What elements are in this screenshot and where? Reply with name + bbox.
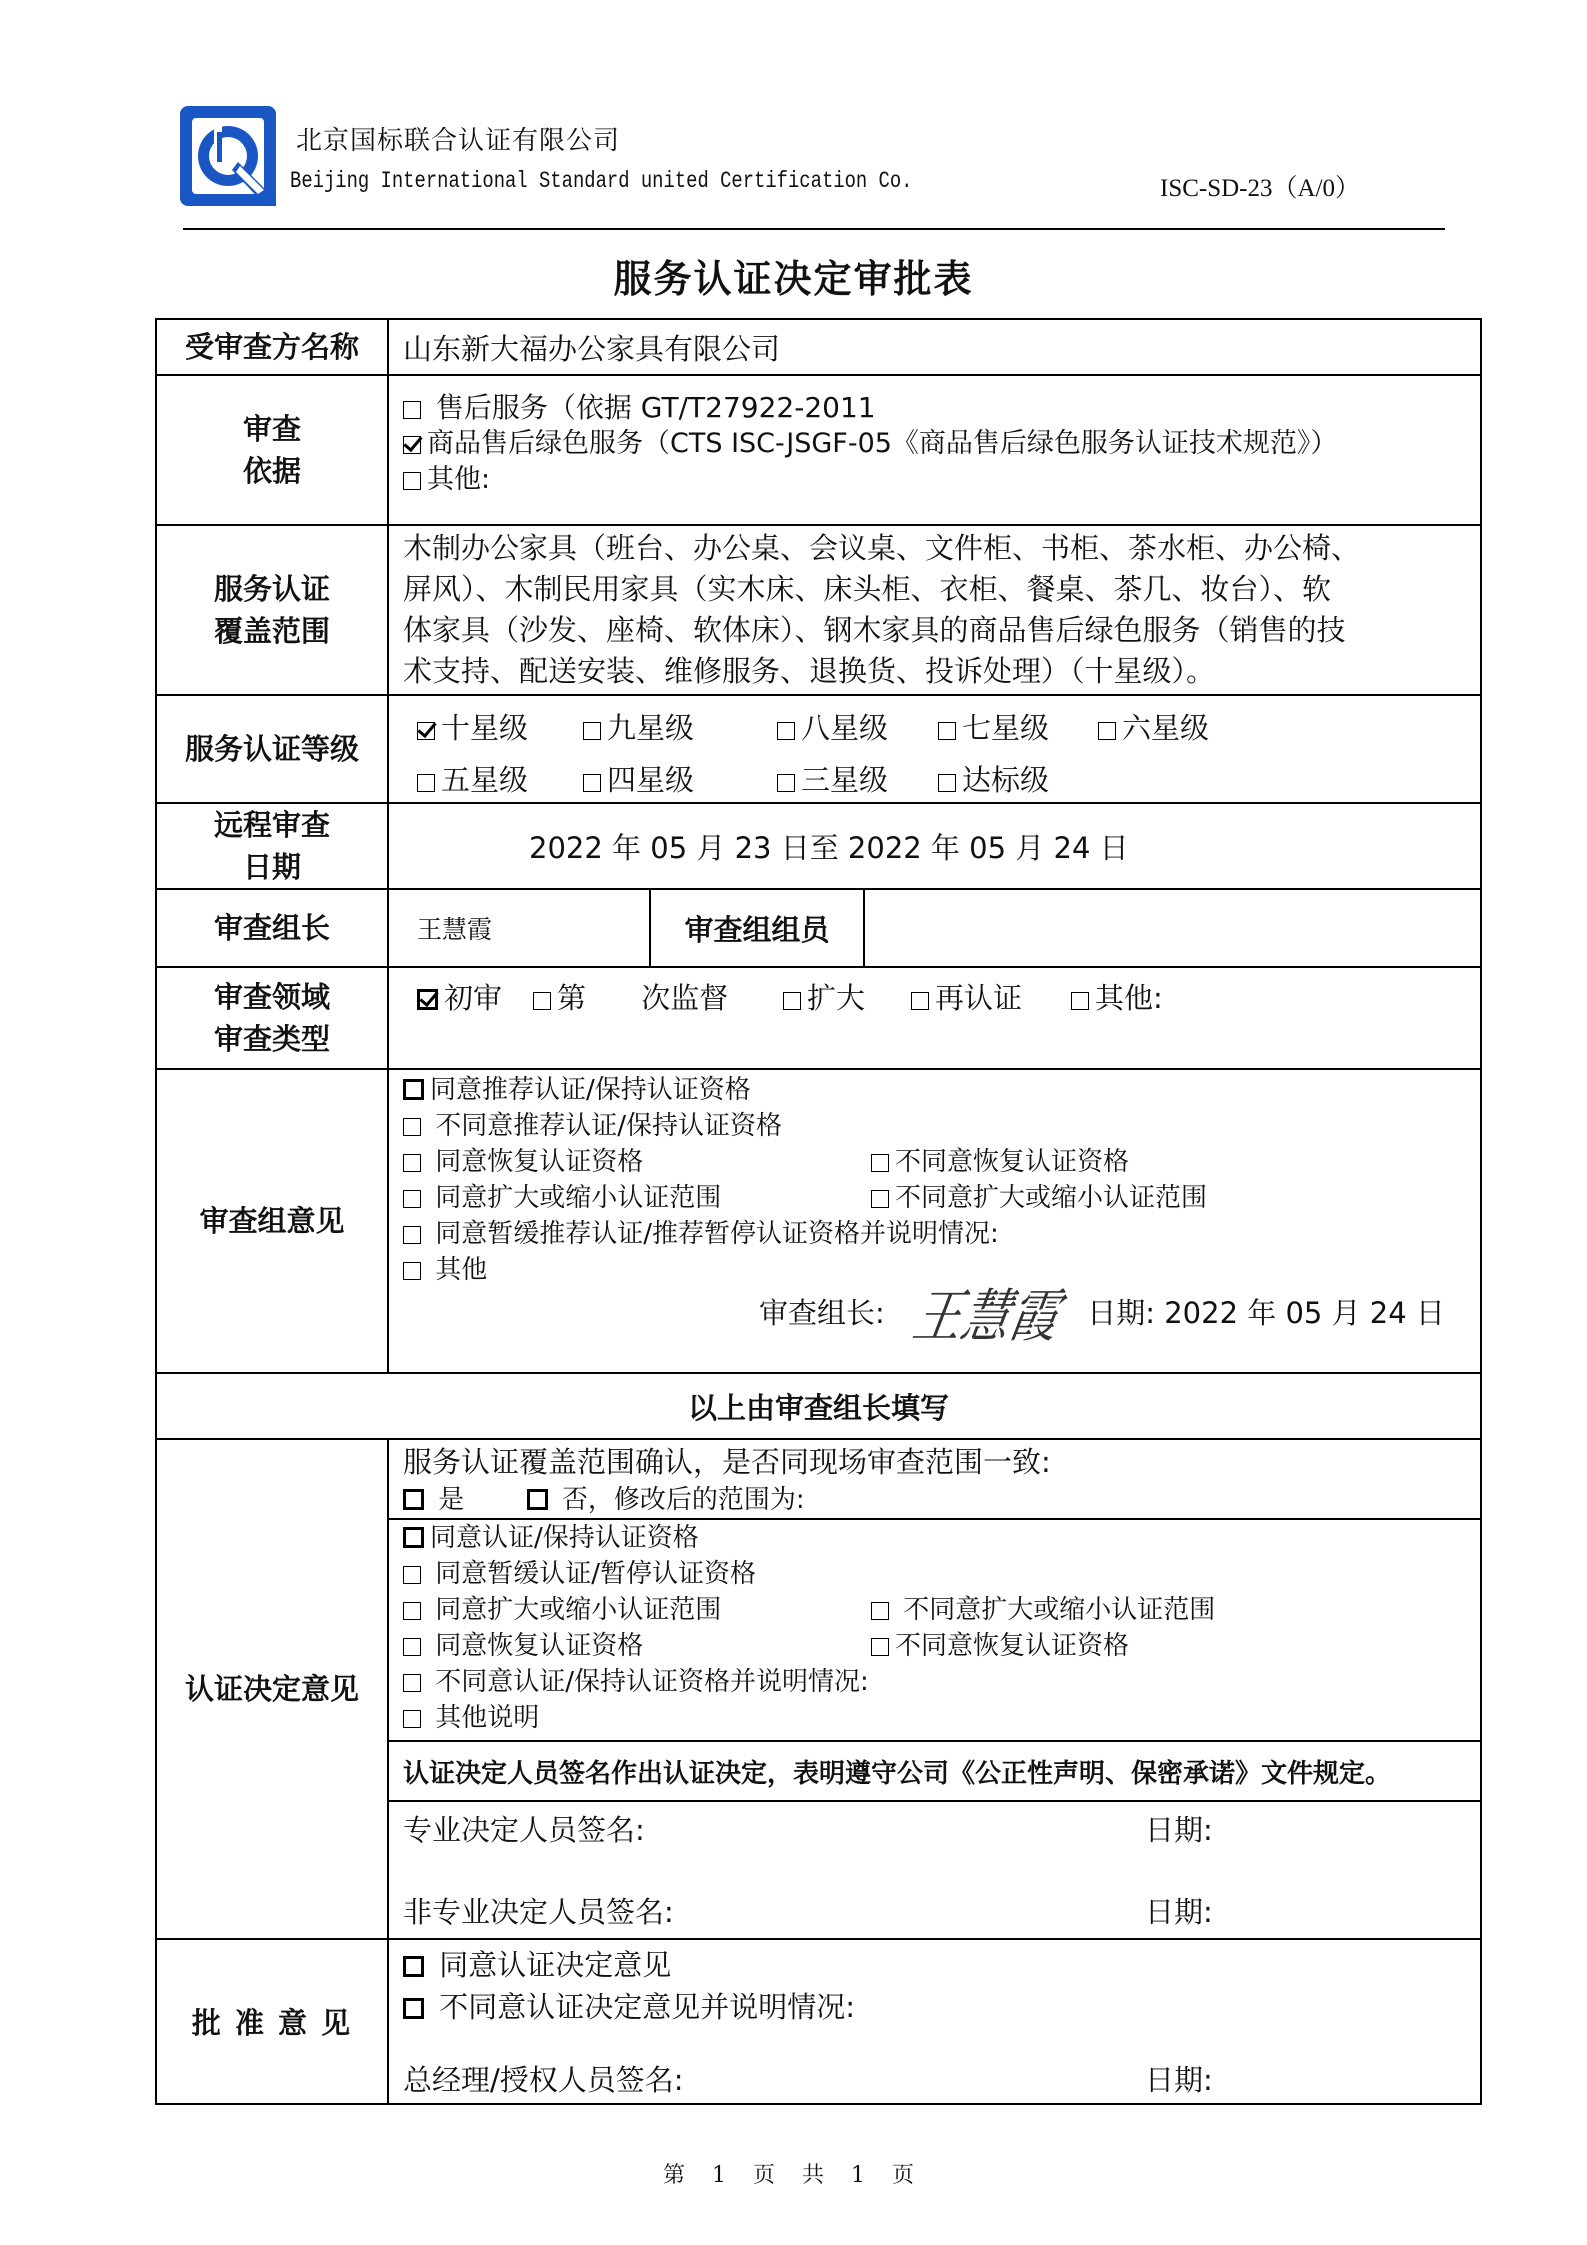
team-opinion-option[interactable]: 不同意恢复认证资格 (871, 1144, 1129, 1180)
level-option[interactable]: 六星级 (1098, 702, 1209, 754)
checkbox-icon[interactable] (938, 722, 956, 740)
gm-sign-date-label[interactable]: 日期: (1145, 2058, 1213, 2099)
team-leader-value-cell[interactable]: 王慧霞 (389, 890, 651, 966)
page-number: 第 1 页 共 1 页 (0, 2158, 1587, 2189)
decision-label: 认证决定意见 (157, 1440, 389, 1938)
checkbox-icon[interactable] (403, 1956, 424, 1977)
decision-option[interactable]: 同意暂缓认证/暂停认证资格 (403, 1556, 1480, 1592)
decision-statement: 认证决定人员签名作出认证决定，表明遵守公司《公正性声明、保密承诺》文件规定。 (389, 1742, 1480, 1802)
level-option[interactable]: 五星级 (417, 754, 528, 806)
document-code: ISC-SD-23（A/0） (1160, 168, 1360, 204)
team-leader-sign-label: 审查组长: (759, 1296, 885, 1330)
audit-type-label: 审查领域审查类型 (157, 968, 389, 1068)
row-filled-by-note: 以上由审查组长填写 (157, 1374, 1480, 1440)
checkbox-icon[interactable] (777, 774, 795, 792)
auditee-value-cell[interactable]: 山东新大福办公家具有限公司 (389, 320, 1480, 374)
level-options: 十星级 九星级 八星级 七星级 六星级 五星级 四星级 三星级 达标级 (389, 696, 1480, 802)
row-level: 服务认证等级 十星级 九星级 八星级 七星级 六星级 五星级 四星级 三星级 达… (157, 696, 1480, 804)
gm-sign-label[interactable]: 总经理/授权人员签名: (403, 2058, 684, 2099)
checkbox-icon[interactable] (403, 1602, 421, 1620)
level-option[interactable]: 十星级 (417, 702, 528, 754)
checkbox-icon[interactable] (871, 1154, 889, 1172)
remote-date-value-cell[interactable]: 2022 年 05 月 23 日至 2022 年 05 月 24 日 (389, 804, 1480, 888)
approval-content: 同意认证决定意见 不同意认证决定意见并说明情况: 总经理/授权人员签名: 日期: (389, 1940, 1480, 2105)
checkbox-icon[interactable] (1071, 992, 1089, 1010)
auditee-value: 山东新大福办公家具有限公司 (403, 327, 780, 368)
basis-option[interactable]: 商品售后绿色服务（CTS ISC-JSGF-05《商品售后绿色服务认证技术规范》… (403, 426, 1480, 462)
decision-options: 同意认证/保持认证资格 同意暂缓认证/暂停认证资格 同意扩大或缩小认证范围 不同… (389, 1520, 1480, 1742)
checkbox-icon[interactable] (403, 1079, 424, 1100)
decision-option[interactable]: 不同意恢复认证资格 (871, 1628, 1129, 1664)
scope-text: 木制办公家具（班台、办公桌、会议桌、文件柜、书柜、茶水柜、办公椅、 屏风）、木制… (389, 526, 1480, 694)
checkbox-icon[interactable] (403, 472, 421, 490)
company-name-cn: 北京国标联合认证有限公司 (296, 120, 620, 157)
checkbox-icon[interactable] (777, 722, 795, 740)
row-decision: 认证决定意见 服务认证覆盖范围确认，是否同现场审查范围一致: 是 否，修改后的范… (157, 1440, 1480, 1940)
decision-option[interactable]: 不同意认证/保持认证资格并说明情况: (403, 1664, 1480, 1700)
company-logo-icon (178, 104, 278, 208)
checkbox-icon[interactable] (403, 1226, 421, 1244)
row-audit-type: 审查领域审查类型 初审 第 次监督 扩大 再认证 其他: (157, 968, 1480, 1070)
decision-scope-confirm: 服务认证覆盖范围确认，是否同现场审查范围一致: 是 否，修改后的范围为: (389, 1440, 1480, 1520)
level-option[interactable]: 三星级 (777, 754, 888, 806)
checkbox-icon[interactable] (527, 1489, 548, 1510)
team-opinion-options: 同意推荐认证/保持认证资格 不同意推荐认证/保持认证资格 同意恢复认证资格 不同… (389, 1070, 1480, 1372)
team-members-value-cell[interactable] (865, 890, 1480, 966)
row-team-opinion: 审查组意见 同意推荐认证/保持认证资格 不同意推荐认证/保持认证资格 同意恢复认… (157, 1070, 1480, 1374)
decision-option[interactable]: 其他说明 (403, 1700, 1480, 1736)
filled-by-note: 以上由审查组长填写 (157, 1374, 1480, 1438)
team-leader-label: 审查组长 (157, 890, 389, 966)
checkbox-icon[interactable] (783, 992, 801, 1010)
checkbox-icon[interactable] (938, 774, 956, 792)
remote-date-value: 2022 年 05 月 23 日至 2022 年 05 月 24 日 (529, 826, 1129, 867)
checkbox-icon[interactable] (1098, 722, 1116, 740)
checkbox-icon[interactable] (403, 1262, 421, 1280)
nonpro-sign-label[interactable]: 非专业决定人员签名: (403, 1890, 674, 1931)
audit-type-option[interactable]: 再认证 (911, 978, 1022, 1018)
audit-type-option[interactable]: 第 次监督 (533, 978, 728, 1018)
checkbox-icon[interactable] (583, 774, 601, 792)
row-basis: 审查依据 售后服务（依据 GT/T27922-2011 商品售后绿色服务（CTS… (157, 376, 1480, 526)
level-option[interactable]: 达标级 (938, 754, 1049, 806)
team-opinion-option[interactable]: 同意暂缓推荐认证/推荐暂停认证资格并说明情况: (403, 1216, 1480, 1252)
scope-label: 服务认证覆盖范围 (157, 526, 389, 694)
team-opinion-option[interactable]: 同意扩大或缩小认证范围 (403, 1183, 721, 1213)
checkbox-icon[interactable] (403, 1118, 421, 1136)
checkbox-icon[interactable] (871, 1190, 889, 1208)
row-approval: 批 准 意 见 同意认证决定意见 不同意认证决定意见并说明情况: 总经理/授权人… (157, 1940, 1480, 2105)
team-opinion-option[interactable]: 同意推荐认证/保持认证资格 (403, 1072, 1480, 1108)
checkbox-icon[interactable] (583, 722, 601, 740)
audit-type-option[interactable]: 其他: (1071, 978, 1163, 1018)
auditee-label: 受审查方名称 (157, 320, 389, 374)
row-auditee: 受审查方名称 山东新大福办公家具有限公司 (157, 320, 1480, 376)
checkbox-icon[interactable] (403, 1190, 421, 1208)
decision-signatures: 专业决定人员签名: 日期: 非专业决定人员签名: 日期: (389, 1802, 1480, 1940)
decision-option[interactable]: 同意恢复认证资格 (403, 1631, 643, 1661)
team-opinion-option[interactable]: 不同意推荐认证/保持认证资格 (403, 1108, 1480, 1144)
checkbox-icon[interactable] (403, 1638, 421, 1656)
basis-options: 售后服务（依据 GT/T27922-2011 商品售后绿色服务（CTS ISC-… (389, 376, 1480, 524)
checkbox-icon[interactable] (403, 1566, 421, 1584)
nonpro-sign-date-label[interactable]: 日期: (1145, 1890, 1213, 1931)
audit-type-option[interactable]: 扩大 (783, 978, 865, 1018)
basis-option[interactable]: 售后服务（依据 GT/T27922-2011 (403, 390, 1480, 426)
level-option[interactable]: 九星级 (583, 702, 694, 754)
remote-date-label: 远程审查日期 (157, 804, 389, 888)
team-leader-value: 王慧霞 (417, 910, 492, 946)
pro-sign-label[interactable]: 专业决定人员签名: (403, 1808, 645, 1849)
approval-form-table: 受审查方名称 山东新大福办公家具有限公司 审查依据 售后服务（依据 GT/T27… (155, 318, 1482, 2105)
approval-option[interactable]: 不同意认证决定意见并说明情况: (403, 1986, 1480, 2028)
decision-option[interactable]: 同意扩大或缩小认证范围 (403, 1595, 721, 1625)
team-opinion-option[interactable]: 不同意扩大或缩小认证范围 (871, 1180, 1207, 1216)
checkbox-icon[interactable] (911, 992, 929, 1010)
approval-option[interactable]: 同意认证决定意见 (403, 1944, 1480, 1986)
team-leader-signature: 王慧霞 (909, 1287, 1064, 1347)
company-name-en: Beijing International Standard united Ce… (290, 168, 912, 194)
checkbox-icon[interactable] (403, 1489, 424, 1510)
basis-label-line1: 审查 (243, 412, 301, 446)
team-leader-sign-line: 审查组长: 王慧霞 日期: 2022 年 05 月 24 日 (759, 1288, 1445, 1342)
decision-option[interactable]: 不同意扩大或缩小认证范围 (871, 1592, 1215, 1628)
basis-option[interactable]: 其他: (403, 462, 1480, 498)
checkbox-icon[interactable] (871, 1638, 889, 1656)
checkbox-checked-icon[interactable] (403, 436, 421, 454)
decision-content: 服务认证覆盖范围确认，是否同现场审查范围一致: 是 否，修改后的范围为: 同意认… (389, 1440, 1480, 1938)
checkbox-icon[interactable] (403, 401, 421, 419)
checkbox-checked-icon[interactable] (417, 722, 435, 740)
checkbox-icon[interactable] (403, 1998, 424, 2019)
level-option[interactable]: 四星级 (583, 754, 694, 806)
checkbox-icon[interactable] (403, 1674, 421, 1692)
scope-no-option[interactable]: 否，修改后的范围为: (527, 1485, 805, 1515)
pro-sign-date-label[interactable]: 日期: (1145, 1808, 1213, 1849)
checkbox-icon[interactable] (871, 1602, 889, 1620)
scope-yes-option[interactable]: 是 (403, 1485, 464, 1515)
row-scope: 服务认证覆盖范围 木制办公家具（班台、办公桌、会议桌、文件柜、书柜、茶水柜、办公… (157, 526, 1480, 696)
basis-label: 审查依据 (157, 376, 389, 524)
row-remote-date: 远程审查日期 2022 年 05 月 23 日至 2022 年 05 月 24 … (157, 804, 1480, 890)
basis-label-line2: 依据 (243, 454, 301, 488)
level-option[interactable]: 七星级 (938, 702, 1049, 754)
decision-option[interactable]: 同意认证/保持认证资格 (403, 1520, 1480, 1556)
checkbox-icon[interactable] (403, 1154, 421, 1172)
row-team: 审查组长 王慧霞 审查组组员 (157, 890, 1480, 968)
team-opinion-option[interactable]: 同意恢复认证资格 (403, 1147, 643, 1177)
checkbox-icon[interactable] (403, 1710, 421, 1728)
level-option[interactable]: 八星级 (777, 702, 888, 754)
checkbox-icon[interactable] (533, 992, 551, 1010)
approval-label: 批 准 意 见 (157, 1940, 389, 2105)
page-title: 服务认证决定审批表 (0, 248, 1587, 303)
checkbox-icon[interactable] (417, 774, 435, 792)
team-opinion-date: 日期: 2022 年 05 月 24 日 (1087, 1296, 1445, 1330)
header-divider (183, 228, 1445, 230)
level-label: 服务认证等级 (157, 696, 389, 802)
audit-type-options: 初审 第 次监督 扩大 再认证 其他: (389, 968, 1480, 1068)
checkbox-checked-icon[interactable] (417, 989, 438, 1010)
audit-type-option[interactable]: 初审 (417, 978, 502, 1018)
team-opinion-label: 审查组意见 (157, 1070, 389, 1372)
checkbox-icon[interactable] (403, 1527, 424, 1548)
team-members-label: 审查组组员 (651, 890, 865, 966)
